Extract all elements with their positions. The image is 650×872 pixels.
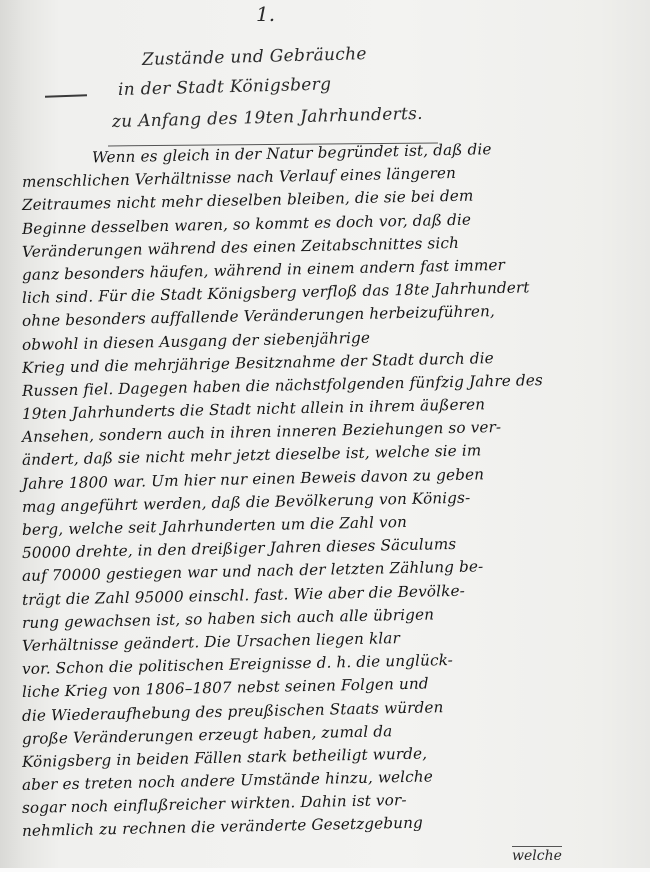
title-line-2: in der Stadt Königsberg [118,74,332,100]
page-number: 1. [256,2,275,26]
catchword: welche [512,846,562,864]
manuscript-page: 1. Zustände und Gebräuche in der Stadt K… [0,0,650,868]
title-line-1: Zustände und Gebräuche [142,44,367,70]
title-line-3: zu Anfang des 19ten Jahrhunderts. [112,104,423,132]
struck-out-title-word [45,94,87,97]
manuscript-body: Wenn es gleich in der Natur begründet is… [22,148,642,844]
page-bottom-edge [0,868,650,872]
